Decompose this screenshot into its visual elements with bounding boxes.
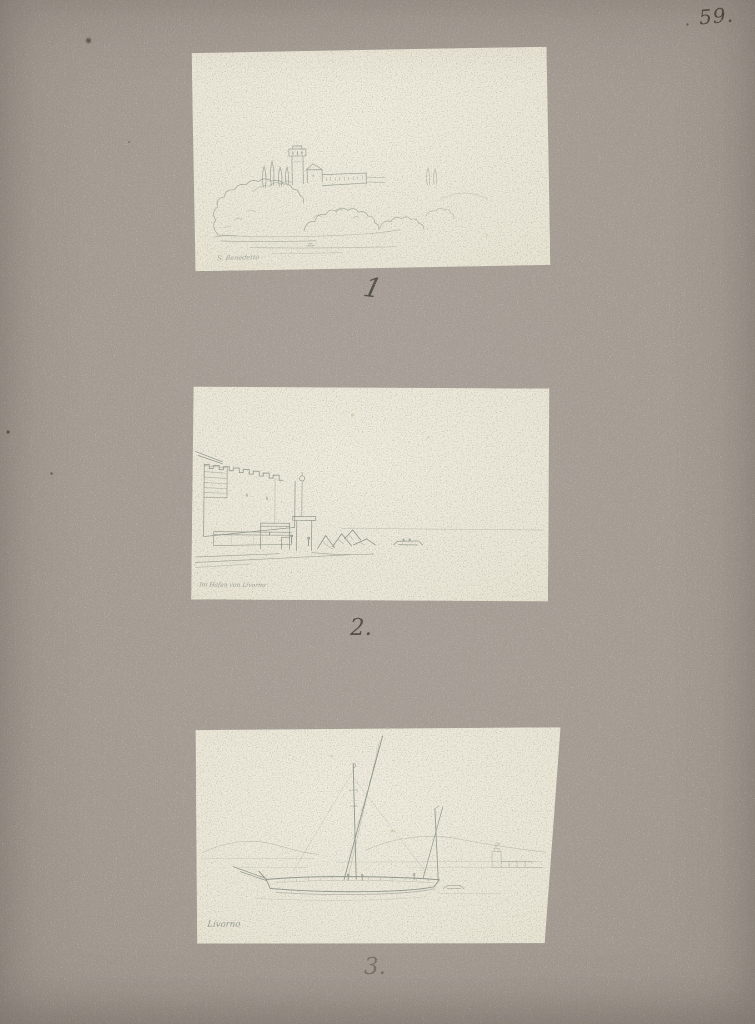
stern-boat [443,886,464,890]
foxing-spots [250,412,477,579]
sketch-3-drawing [196,727,562,945]
sketch-3-number: 3. [364,956,386,979]
board-spot [84,36,93,45]
tree-canopy [213,176,488,238]
quay-ground-lines [195,553,349,569]
sketch-2-drawing [191,385,550,602]
sketch-2-number: 2. [350,617,372,640]
fortress-wall [195,451,296,537]
board-spot [6,430,10,434]
folio-number: 59. [698,3,735,30]
board-spot [50,472,53,475]
sketch-sheet-1: S. Benedetto [192,47,551,272]
quay-buildings [214,516,316,551]
sketch-2-caption: Im Hafen von Livorno [199,582,266,590]
album-board: 59. [0,0,755,1024]
sketch-1-number: 1 [361,274,384,303]
hull [233,866,439,893]
board-spot [686,23,689,26]
cypress-trees [262,159,436,187]
mountain-ranges [202,836,546,859]
sketch-sheet-3: Livorno [196,727,562,945]
beached-boats [311,529,375,554]
tower-and-buildings [289,145,386,186]
sketch-1-caption: S. Benedetto [217,253,260,262]
board-spot [128,141,130,143]
main-mast-rigging [293,736,428,880]
foxing-spots [351,86,488,238]
horizon-line [342,528,543,530]
mizzen-mast [423,806,443,880]
figures [291,535,310,545]
sketch-sheet-2: Im Hafen von Livorno [191,385,550,602]
sketch-1-drawing [192,47,551,272]
lantern-post [299,473,305,517]
rowing-boat [394,539,423,545]
sketch-3-caption: Livorno [207,920,241,930]
